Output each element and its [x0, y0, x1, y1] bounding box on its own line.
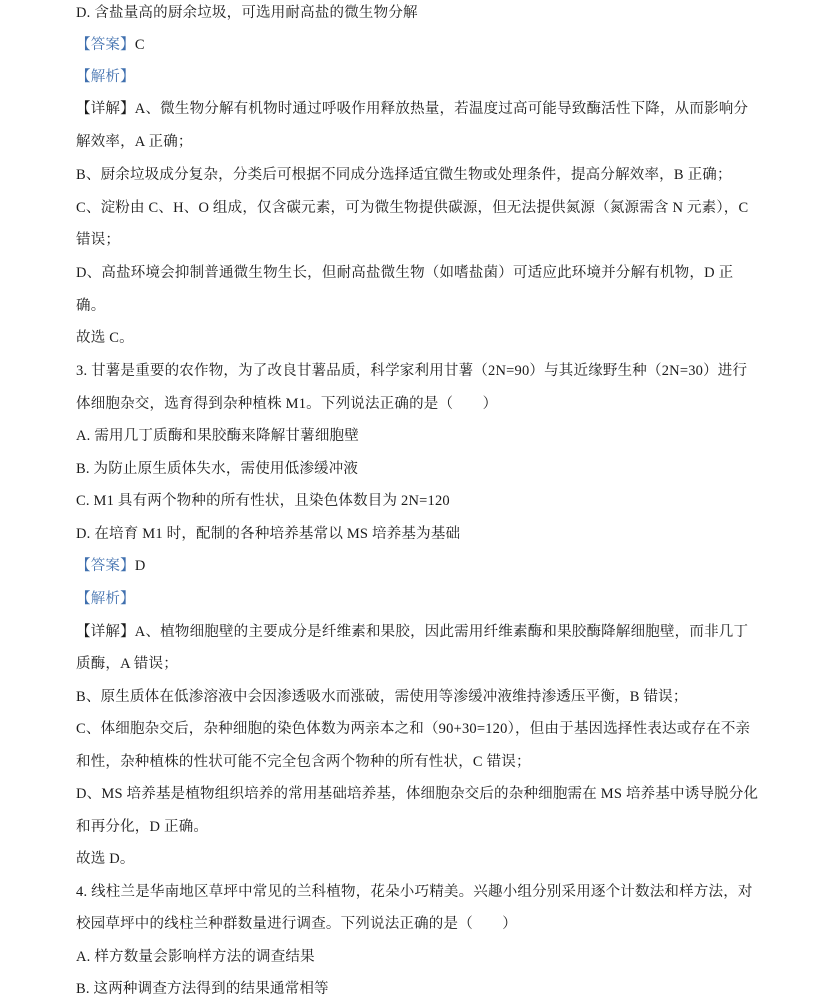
text-line: 质酶，A 错误；	[76, 654, 178, 674]
line-text: C	[135, 37, 145, 53]
answer-label-line: 【解析】	[76, 589, 135, 609]
text-line: B、厨余垃圾成分复杂，分类后可根据不同成分选择适宜微生物或处理条件，提高分解效率…	[76, 165, 732, 185]
text-line: 4. 线柱兰是华南地区草坪中常见的兰科植物，花朵小巧精美。兴趣小组分别采用逐个计…	[76, 882, 753, 902]
text-line: D、MS 培养基是植物组织培养的常用基础培养基，体细胞杂交后的杂种细胞需在 MS…	[76, 784, 758, 804]
section-tag: 【解析】	[76, 69, 135, 85]
line-text: 3. 甘薯是重要的农作物，为了改良甘薯品质，科学家利用甘薯（2N=90）与其近缘…	[76, 363, 747, 379]
text-line: 确。	[76, 296, 105, 316]
line-text: D. 在培育 M1 时，配制的各种培养基常以 MS 培养基为基础	[76, 526, 460, 542]
text-line: 【详解】A、植物细胞壁的主要成分是纤维素和果胶，因此需用纤维素酶和果胶酶降解细胞…	[76, 622, 748, 642]
line-text: 质酶，A 错误；	[76, 656, 178, 672]
text-line: B. 这两种调查方法得到的结果通常相等	[76, 979, 329, 999]
answer-label-line: 【答案】C	[76, 35, 145, 55]
line-text: B. 这两种调查方法得到的结果通常相等	[76, 981, 329, 997]
section-tag: 【解析】	[76, 591, 135, 607]
line-text: 故选 D。	[76, 851, 135, 867]
line-text: B. 为防止原生质体失水，需使用低渗缓冲液	[76, 461, 358, 477]
text-line: 和性，杂种植株的性状可能不完全包含两个物种的所有性状，C 错误；	[76, 752, 531, 772]
line-text: 错误；	[76, 232, 120, 248]
text-line: 解效率，A 正确；	[76, 132, 193, 152]
text-line: C. M1 具有两个物种的所有性状，且染色体数目为 2N=120	[76, 491, 450, 511]
line-text: 体细胞杂交，选育得到杂种植株 M1。下列说法正确的是（ ）	[76, 396, 497, 412]
line-text: C. M1 具有两个物种的所有性状，且染色体数目为 2N=120	[76, 493, 450, 509]
line-text: 和性，杂种植株的性状可能不完全包含两个物种的所有性状，C 错误；	[76, 754, 531, 770]
text-line: D. 在培育 M1 时，配制的各种培养基常以 MS 培养基为基础	[76, 524, 460, 544]
text-line: D、高盐环境会抑制普通微生物生长，但耐高盐微生物（如嗜盐菌）可适应此环境并分解有…	[76, 263, 733, 283]
line-text: 【详解】A、植物细胞壁的主要成分是纤维素和果胶，因此需用纤维素酶和果胶酶降解细胞…	[76, 624, 748, 640]
line-text: 和再分化，D 正确。	[76, 819, 208, 835]
line-text: C、淀粉由 C、H、O 组成，仅含碳元素，可为微生物提供碳源，但无法提供氮源（氮…	[76, 200, 748, 216]
line-text: D. 含盐量高的厨余垃圾，可选用耐高盐的微生物分解	[76, 5, 418, 21]
text-line: 错误；	[76, 230, 120, 250]
line-text: D、MS 培养基是植物组织培养的常用基础培养基，体细胞杂交后的杂种细胞需在 MS…	[76, 786, 758, 802]
line-text: 确。	[76, 298, 105, 314]
text-line: A. 需用几丁质酶和果胶酶来降解甘薯细胞壁	[76, 426, 359, 446]
text-line: C、体细胞杂交后，杂种细胞的染色体数为两亲本之和（90+30=120），但由于基…	[76, 719, 750, 739]
line-text: 4. 线柱兰是华南地区草坪中常见的兰科植物，花朵小巧精美。兴趣小组分别采用逐个计…	[76, 884, 753, 900]
text-line: 校园草坪中的线柱兰种群数量进行调查。下列说法正确的是（ ）	[76, 914, 517, 934]
section-tag: 【答案】	[76, 558, 135, 574]
text-line: 【详解】A、微生物分解有机物时通过呼吸作用释放热量，若温度过高可能导致酶活性下降…	[76, 99, 748, 119]
line-text: A. 需用几丁质酶和果胶酶来降解甘薯细胞壁	[76, 428, 359, 444]
text-line: B、原生质体在低渗溶液中会因渗透吸水而涨破，需使用等渗缓冲液维持渗透压平衡，B …	[76, 687, 688, 707]
section-tag: 【答案】	[76, 37, 135, 53]
text-line: 体细胞杂交，选育得到杂种植株 M1。下列说法正确的是（ ）	[76, 394, 497, 414]
line-text: D	[135, 558, 146, 574]
line-text: B、厨余垃圾成分复杂，分类后可根据不同成分选择适宜微生物或处理条件，提高分解效率…	[76, 167, 732, 183]
text-line: C、淀粉由 C、H、O 组成，仅含碳元素，可为微生物提供碳源，但无法提供氮源（氮…	[76, 198, 748, 218]
line-text: 校园草坪中的线柱兰种群数量进行调查。下列说法正确的是（ ）	[76, 916, 517, 932]
line-text: C、体细胞杂交后，杂种细胞的染色体数为两亲本之和（90+30=120），但由于基…	[76, 721, 750, 737]
text-line: 3. 甘薯是重要的农作物，为了改良甘薯品质，科学家利用甘薯（2N=90）与其近缘…	[76, 361, 747, 381]
line-text: 解效率，A 正确；	[76, 134, 193, 150]
text-line: 故选 D。	[76, 849, 135, 869]
line-text: D、高盐环境会抑制普通微生物生长，但耐高盐微生物（如嗜盐菌）可适应此环境并分解有…	[76, 265, 733, 281]
text-line: D. 含盐量高的厨余垃圾，可选用耐高盐的微生物分解	[76, 3, 418, 23]
line-text: B、原生质体在低渗溶液中会因渗透吸水而涨破，需使用等渗缓冲液维持渗透压平衡，B …	[76, 689, 688, 705]
answer-label-line: 【解析】	[76, 67, 135, 87]
text-line: 和再分化，D 正确。	[76, 817, 208, 837]
answer-label-line: 【答案】D	[76, 556, 145, 576]
text-line: B. 为防止原生质体失水，需使用低渗缓冲液	[76, 459, 358, 479]
text-line: A. 样方数量会影响样方法的调查结果	[76, 947, 315, 967]
line-text: 【详解】A、微生物分解有机物时通过呼吸作用释放热量，若温度过高可能导致酶活性下降…	[76, 101, 748, 117]
text-line: 故选 C。	[76, 328, 134, 348]
line-text: A. 样方数量会影响样方法的调查结果	[76, 949, 315, 965]
line-text: 故选 C。	[76, 330, 134, 346]
